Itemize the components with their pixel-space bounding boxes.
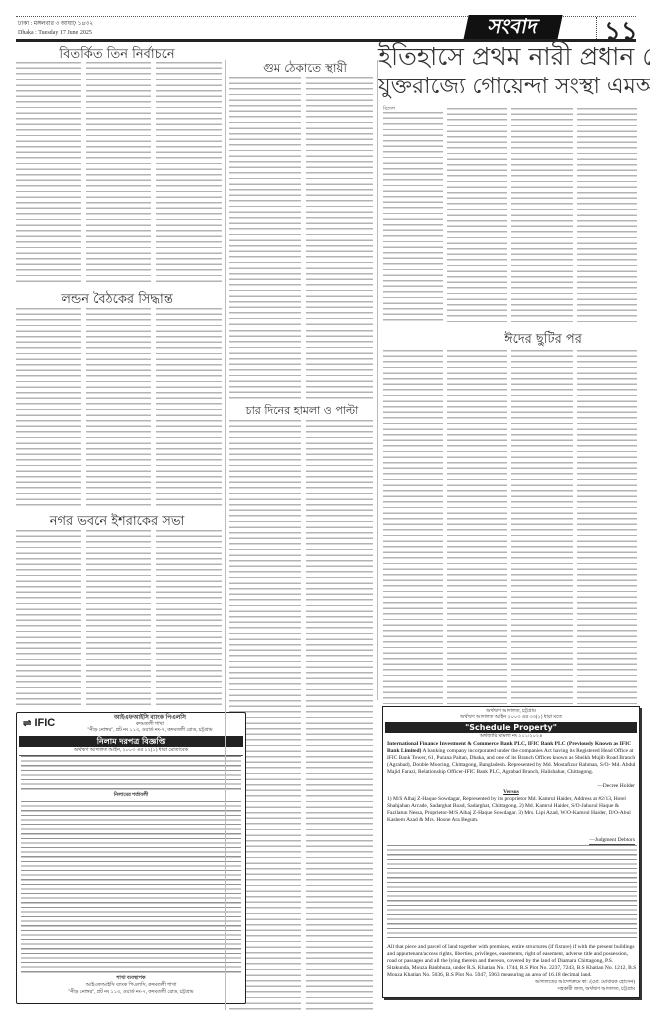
column-rule — [225, 60, 226, 1010]
article-eid-col4 — [577, 350, 637, 705]
ad-right-top-line2: অর্থঋণ আদালত আইন ২০০৩ এর ৩৩(১) ধারা মতে — [385, 715, 637, 722]
ad-left-title: নিলাম দরপত্র বিজ্ঞপ্তি — [19, 736, 243, 747]
article-london-col4 — [229, 330, 301, 400]
article-london-col1 — [16, 308, 81, 508]
ad-left-signatory-title: শাখা ব্যবস্থাপক — [19, 976, 243, 983]
ad-right-signature-line1: আদালতের আদেশক্রমে স্বা: /(মো: মোবারক হোস… — [535, 980, 635, 987]
headline-eid: ঈদের ছুটির পর — [448, 330, 638, 351]
article-mi6-col4 — [577, 108, 637, 326]
article-mi6-col1 — [383, 112, 443, 324]
article-gum-col2 — [306, 77, 373, 327]
article-nagar-col3 — [156, 530, 222, 705]
ad-left-bank-name: আইএফআইসি ব্যাংক পিএলসি — [57, 715, 243, 722]
article-eid-col2 — [447, 350, 507, 705]
ific-logo-icon: ⇌ — [23, 718, 31, 729]
ad-left-address: "নীড় নোঙ্গর", প্লট নং ১১৩, ওয়ার্ড নং-৭… — [57, 728, 243, 735]
article-bitorkito-col3 — [156, 62, 222, 285]
column-rule — [377, 60, 378, 700]
article-mi6-col2 — [447, 108, 507, 326]
masthead-logo: সংবাদ — [463, 15, 562, 40]
article-mi6-col3 — [511, 108, 573, 326]
article-london-col2 — [86, 308, 151, 508]
ad-right-versus: Versus — [385, 789, 637, 796]
article-eid-col1 — [383, 350, 443, 705]
headline-mi6-line2: যুক্তরাজ্যে গোয়েন্দা সংস্থা এমআই৬ — [378, 69, 636, 105]
date-bengali: ঢাকা : মঙ্গলবার ৩ আষাঢ় ১৪৩২ — [18, 20, 93, 29]
article-gum-col1 — [229, 77, 301, 327]
article-london-col3 — [156, 308, 222, 508]
ad-right-defendants: 1) M/S Alhaj Z-Haque Sowdagar, Represent… — [387, 796, 637, 836]
ad-left-body — [21, 756, 241, 792]
page-number-divider — [596, 17, 597, 39]
article-london-col5 — [306, 330, 373, 400]
ad-right-signature-line2: সহকারী জজ, অর্থঋণ আদালত, চট্টগ্রাম — [558, 987, 635, 994]
ad-right-subtitle: অর্থজারি মামলা নং ২০১/২০২৪ — [385, 734, 637, 741]
headline-char: চার দিনের হামলা ও পাল্টা — [229, 402, 375, 421]
ad-right-defendant-role: —Judgment Debtors — [589, 837, 635, 845]
ad-right-notice-body — [387, 845, 637, 941]
article-char-col2 — [306, 420, 373, 1010]
article-bitorkito-col2 — [86, 62, 151, 285]
ad-left-terms-heading: নিলামের শর্তাবলী — [19, 793, 243, 800]
ad-ific-auction-notice: ⇌ IFIC আইএফআইসি ব্যাংক পিএলসি কদমতলী শাখ… — [16, 712, 246, 1004]
ad-right-schedule: All that piece and parcel of land togeth… — [387, 944, 637, 980]
article-eid-col3 — [511, 350, 573, 705]
ad-left-terms-list — [21, 801, 241, 973]
ific-logo: ⇌ IFIC — [23, 717, 55, 729]
ad-right-title: "Schedule Property" — [385, 722, 637, 733]
ad-right-plaintiff: International Finance Investment & Comme… — [387, 741, 637, 783]
ad-court-schedule-notice: অর্থঋণ আদালত, চট্টগ্রাম অর্থঋণ আদালত আইন… — [382, 706, 640, 998]
ad-left-signatory-bank: আইএফআইসি ব্যাংক পিএলসি, কদমতলী শাখা — [19, 983, 243, 990]
article-nagar-col1 — [16, 530, 81, 705]
date-english: Dhaka : Tuesday 17 June 2025 — [18, 29, 92, 38]
ad-right-plaintiff-text: A banking company incorporated under the… — [387, 748, 636, 775]
article-nagar-col2 — [86, 530, 151, 705]
ad-left-subtitle: অর্থঋণ আদালত আইন, ২০০৩ এর ১২(১) ধারা মোত… — [19, 748, 243, 756]
ific-logo-text: IFIC — [34, 717, 55, 729]
article-bitorkito-col1 — [16, 62, 81, 285]
ad-left-signatory-address: "নীড় নোঙ্গর", প্লট নং ১১৩, ওয়ার্ড নং-৭… — [19, 990, 243, 997]
